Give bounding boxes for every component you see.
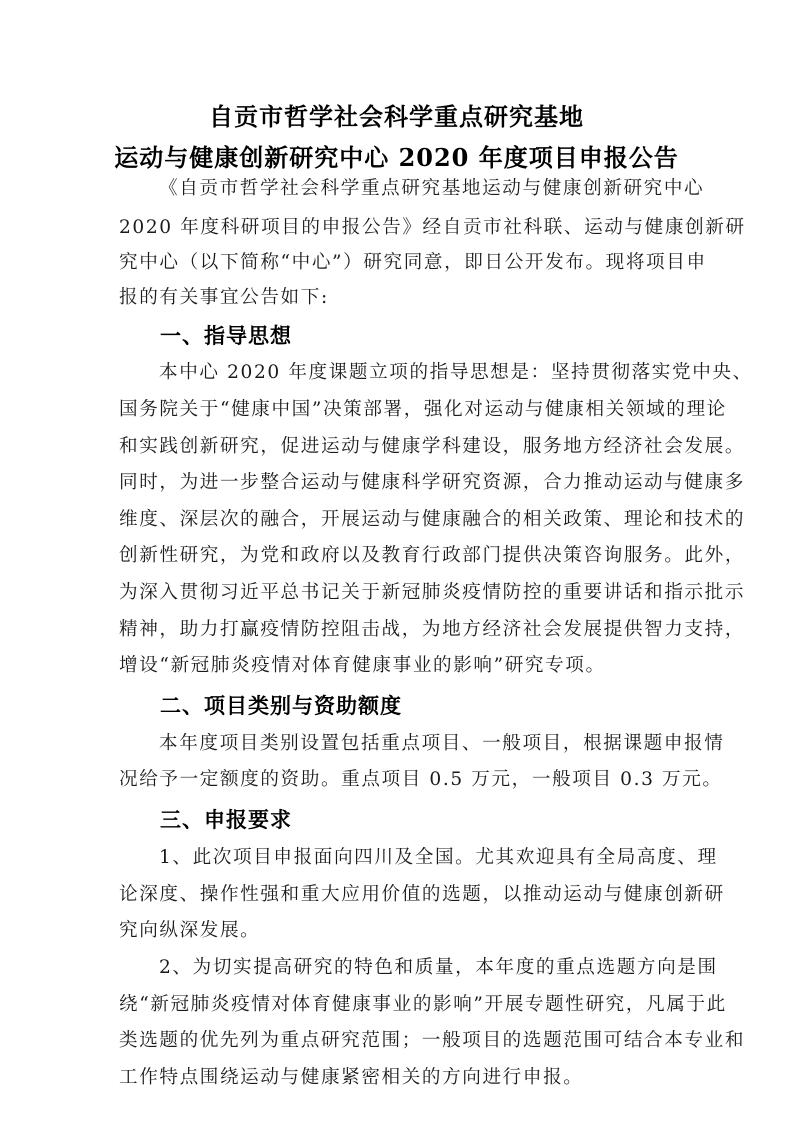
section-1-line: 同时，为进一步整合运动与健康科学研究资源，合力推动运动与健康多 (119, 470, 675, 496)
intro-line-4: 报的有关事宜公告如下: (119, 285, 675, 311)
document-title-line-2: 运动与健康创新研究中心 2020 年度项目申报公告 (0, 143, 793, 173)
section-1-line: 创新性研究，为党和政府以及教育行政部门提供决策咨询服务。此外， (119, 543, 675, 569)
section-1-line: 国务院关于“健康中国”决策部署，强化对运动与健康相关领域的理论 (119, 397, 675, 423)
section-2-line: 况给予一定额度的资助。重点项目 0.5 万元，一般项目 0.3 万元。 (119, 767, 675, 793)
section-3-item-1-line: 究向纵深发展。 (119, 918, 675, 944)
section-3-item-1-line: 1、此次项目申报面向四川及全国。尤其欢迎具有全局高度、理 (159, 845, 675, 871)
section-heading-application-requirements: 三、申报要求 (160, 806, 292, 834)
section-heading-project-categories: 二、项目类别与资助额度 (160, 692, 402, 720)
document-page: 自贡市哲学社会科学重点研究基地 运动与健康创新研究中心 2020 年度项目申报公… (0, 0, 793, 1122)
section-heading-guiding-ideology: 一、指导思想 (160, 322, 292, 350)
section-1-line: 和实践创新研究，促进运动与健康学科建设，服务地方经济社会发展。 (119, 434, 675, 460)
section-1-line: 增设“新冠肺炎疫情对体育健康事业的影响”研究专项。 (119, 653, 675, 679)
section-1-line: 精神，助力打赢疫情防控阻击战，为地方经济社会发展提供智力支持， (119, 617, 675, 643)
section-3-item-1-line: 论深度、操作性强和重大应用价值的选题，以推动运动与健康创新研 (119, 882, 675, 908)
section-3-item-2-line: 绕“新冠肺炎疫情对体育健康事业的影响”开展专题性研究，凡属于此 (119, 992, 675, 1018)
section-1-line: 为深入贯彻习近平总书记关于新冠肺炎疫情防控的重要讲话和指示批示 (119, 580, 675, 606)
section-1-line: 本中心 2020 年度课题立项的指导思想是：坚持贯彻落实党中央、 (159, 360, 675, 386)
section-3-item-2-line: 2、为切实提高研究的特色和质量，本年度的重点选题方向是围 (159, 955, 675, 981)
section-2-line: 本年度项目类别设置包括重点项目、一般项目，根据课题申报情 (159, 731, 675, 757)
intro-line-1: 《自贡市哲学社会科学重点研究基地运动与健康创新研究中心 (159, 176, 675, 202)
section-3-item-2-line: 类选题的优先列为重点研究范围；一般项目的选题范围可结合本专业和 (119, 1028, 675, 1054)
section-1-line: 维度、深层次的融合，开展运动与健康融合的相关政策、理论和技术的 (119, 507, 675, 533)
intro-line-2: 2020 年度科研项目的申报公告》经自贡市社科联、运动与健康创新研 (119, 215, 675, 241)
intro-line-3: 究中心（以下简称“中心”）研究同意，即日公开发布。现将项目申 (119, 250, 675, 276)
section-3-item-2-line: 工作特点围绕运动与健康紧密相关的方向进行申报。 (119, 1065, 675, 1091)
document-title-line-1: 自贡市哲学社会科学重点研究基地 (0, 102, 793, 132)
